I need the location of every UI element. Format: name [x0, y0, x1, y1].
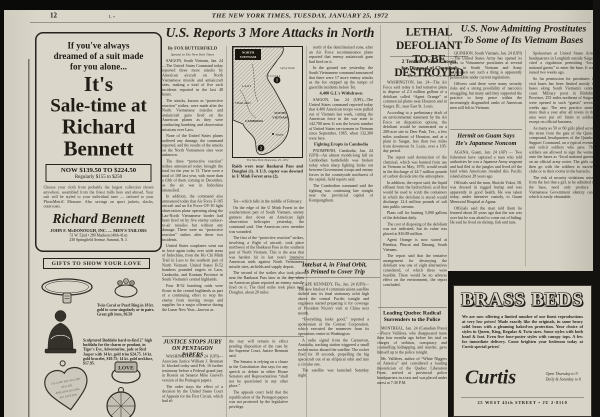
curtis-hours-line: Daily & Saturday to 6: [546, 377, 581, 383]
subhead: Fighting Erupts in Cambodia: [309, 142, 373, 147]
column-rule: [226, 46, 227, 417]
article-paragraph: north of the demilitarized zone, after a…: [309, 45, 373, 64]
us-reports-headline: U.S. Reports 3 More Attacks in North: [161, 25, 379, 41]
love-ring-text: LOVE: [118, 366, 134, 372]
article-paragraph: the stay will remain in effect pending d…: [229, 339, 288, 358]
price-box: NOW $139.50 TO $224.50 Regularly $155 to…: [46, 164, 152, 182]
coral-ring-image: [105, 276, 150, 299]
article-paragraph: The Senator is relying on a clause in th…: [229, 360, 288, 389]
quebec-headline: Leading Quebec Radical Surrenders to the…: [377, 310, 447, 323]
article-paragraph: In addition, the command also announced …: [162, 194, 223, 242]
article-paragraph: The three “protective reaction” strikes …: [162, 159, 223, 193]
article-paragraph: “Everything looks good,” reported a spok…: [298, 317, 369, 336]
article-paragraph: Officials said the man, Shoichi Yokoi, 5…: [450, 180, 522, 204]
column-rule: [525, 50, 526, 266]
suit-ad-headline-line: It's: [37, 74, 161, 95]
article-paragraph: As many as 50 or 60 girls plied across t…: [529, 126, 595, 174]
justice-column-2: the stay will remain in effect pending d…: [229, 339, 288, 417]
article-paragraph: The attacks, known as “protective reacti…: [162, 98, 223, 132]
love-ring-image: LOVE: [103, 359, 150, 386]
article-paragraph: Agent Orange is now stored at Bienhoa, P…: [383, 238, 447, 252]
bangle-bracelet-image: [38, 275, 101, 306]
article-paragraph: A radio signal from the Carnarvon, Austr…: [298, 338, 369, 367]
brass-beds-body: We are now offering a limited number of …: [462, 315, 583, 350]
article-paragraph: MONTREAL, Jan. 24 (Canadian Press)—Pierr…: [377, 326, 447, 355]
map-marker-1: 1: [276, 78, 278, 83]
prostitutes-headline: U.S. Now Admitting Prostitutes To Some o…: [451, 23, 596, 46]
brass-beds-panel: BRASS BEDS We are now offering a limited…: [453, 285, 592, 417]
defoliant-column: WASHINGTON, Jan. 24—The Air Force said t…: [383, 80, 447, 306]
suit-ad: If you've always dreamed of a suit made …: [35, 32, 162, 252]
article-paragraph: United States warplanes went out in forc…: [162, 244, 223, 282]
map-saigon-label: Saigon: [276, 134, 284, 137]
brass-beds-ad: BRASS BEDS We are now offering a limited…: [448, 271, 597, 417]
article-paragraph: In the ground war yesterday, the South V…: [309, 66, 373, 90]
brooch-image: [95, 386, 147, 417]
prostitutes-column-a: QUINHON, South Vietnam, Jan. 24 (UPI)—Th…: [450, 51, 522, 128]
gifts-ad: GIFTS TO SHOW YOUR LOVE Twin Coral or Pe…: [35, 255, 159, 417]
vietnam-map: NORTH VIETNAM Gulf of Tonkin LAOS THAILA…: [232, 46, 303, 158]
suit-ad-headline-line: Richard: [37, 116, 161, 138]
article-paragraph: In addition, the report said, the liquid…: [383, 180, 447, 209]
quebec-column: MONTREAL, Jan. 24 (Canadian Press)—Pierr…: [377, 326, 447, 416]
article-paragraph: The appeals court held that the republic…: [229, 390, 288, 409]
subhead: 4,400 G.I.'s Withdrawn: [309, 91, 373, 96]
suit-ad-logo: Richard Bennett: [37, 211, 161, 227]
article-paragraph: Tet—which falls in the middle of Februar…: [229, 199, 304, 204]
map-north-vietnam-label: VIETNAM: [240, 55, 257, 59]
article-paragraph: Four B-52 bombing raids were flown in th…: [162, 283, 223, 312]
map-north-vietnam-label: NORTH: [242, 51, 255, 55]
article-paragraph: According to a preliminary draft of an e…: [383, 110, 447, 153]
suit-ad-address: 230 Springfield Avenue, Summit, N. J.: [37, 237, 161, 242]
heart-pendant-image: I'LL LOVE YOU AS LONG AS I LIVE AND LOVE…: [36, 358, 101, 417]
prostitutes-headline-line: U.S. Now Admitting Prostitutes: [451, 23, 596, 35]
suit-ad-headline-line: Bennett: [37, 138, 161, 160]
edition-mark: L +: [109, 14, 115, 19]
article-paragraph: Plans call for burning 5,000 gallons of …: [383, 211, 447, 221]
article-paragraph: So far permission for prostitutes to vis…: [529, 76, 595, 124]
article-paragraph: None of the United States planes suffere…: [162, 134, 223, 158]
us-reports-column-3: north of the demilitarized zone, after a…: [309, 45, 373, 257]
masthead-title: THE NEW YORK TIMES, TUESDAY, JANUARY 25,…: [150, 12, 450, 20]
us-reports-column-1: By FOX BUTTERFIELD Special to The New Yo…: [162, 46, 223, 336]
suit-ad-headline-line: Sale-time at: [37, 95, 161, 116]
map-thailand-label: THAILAND: [235, 101, 251, 105]
map-laos-label: LAOS: [242, 84, 252, 88]
prostitutes-headline-line: To Some of Its Vietnam Bases: [451, 35, 596, 47]
article-paragraph: WASHINGTON, Jan. 24 (UPI)—Associate Just…: [162, 354, 223, 383]
section-rule: [162, 336, 304, 337]
gifts-ad-header: GIFTS TO SHOW YOUR LOVE: [43, 258, 150, 269]
curtis-address: 25 WEST 45th STREET • JU 2-8110: [461, 397, 584, 405]
curtis-logo: Curtis: [465, 365, 516, 389]
article-paragraph: WASHINGTON, Jan. 24—The Air Force said t…: [383, 80, 447, 109]
article-paragraph: The risk of security violations arises f…: [529, 175, 595, 199]
article-paragraph: Officers said there were many security r…: [450, 81, 522, 110]
top-scan-band: [0, 0, 600, 10]
article-paragraph: Spokesmen at United States Army headquar…: [529, 51, 595, 75]
intelsat-headline-line: Is Primed to Cover Trip: [289, 268, 380, 275]
article-paragraph: SAIGON, South Vietnam, Jan. 24—The Unite…: [162, 59, 223, 97]
hermit-headline-line: Hermit on Guam Says: [450, 132, 522, 140]
article-paragraph: The Cambodian command said the fighting …: [309, 184, 373, 203]
suit-ad-intro: If you've always dreamed of a suit made …: [50, 41, 148, 73]
buddha-figurine-image: [41, 308, 80, 356]
article-paragraph: On the edge of the U Minh Forest in the …: [229, 205, 304, 234]
hermit-headline-line: He's Japanese Noncom: [450, 140, 522, 148]
justice-column-1: WASHINGTON, Jan. 24 (UPI)—Associate Just…: [162, 354, 223, 417]
article-paragraph: QUINHON, South Vietnam, Jan. 24 (UPI)—Th…: [450, 51, 522, 80]
newspaper-page: 12 L + THE NEW YORK TIMES, TUESDAY, JANU…: [0, 0, 600, 417]
section-rule: [450, 129, 522, 130]
article-paragraph: The order stays the effect of a decision…: [162, 384, 223, 403]
intelsat-headline-line: Intelsat 4, in Final Orbit,: [289, 261, 380, 268]
article-paragraph: The cost of disposing of the defoliant w…: [383, 222, 447, 236]
intelsat-column: CAPE KENNEDY, Fla., Jan. 24 (UPI)—The ne…: [298, 282, 369, 416]
special-credit: Special to The New York Times: [162, 52, 223, 57]
price-now: NOW $139.50 TO $224.50: [47, 166, 151, 174]
page-number: 12: [50, 12, 57, 20]
map-south-vietnam-label: SOUTH: [274, 111, 286, 115]
article-paragraph: SAIGON, Jan. 24 (UPI)—The United States …: [309, 97, 373, 140]
article-paragraph: PNOMPENH, Cambodia, Jan. 24 (UPI)—An alm…: [309, 148, 373, 182]
article-paragraph: The report said destruction of the chemi…: [383, 155, 447, 179]
article-paragraph: Mr. Vallières, author of “White Niggers …: [377, 356, 447, 385]
map-credit: The New York Times/Jan. 25, 1972: [232, 159, 303, 162]
gifts-item-text: Twin Coral or Pearl Ring in 18 kt. gold …: [97, 303, 155, 336]
left-scan-line: [28, 59, 30, 417]
map-caption: Raids were near Bankarai Pass and Dongho…: [232, 164, 303, 179]
section-rule: [378, 307, 447, 308]
map-marker-2: 2: [260, 146, 262, 151]
map-south-vietnam-label: VIETNAM: [272, 115, 287, 119]
brass-beds-headline: BRASS BEDS: [454, 289, 591, 311]
prostitutes-column-b: Spokesmen at United States Army headquar…: [529, 51, 595, 268]
map-cambodia-label: CAMBODIA: [245, 119, 264, 123]
hermit-column: AGANA, Guam, Jan. 24 (AP) — Two fisherme…: [450, 150, 522, 268]
article-paragraph: Officials said the man told them he lear…: [450, 206, 522, 225]
hermit-headline: Hermit on Guam Says He's Japanese Noncom: [450, 132, 522, 147]
article-paragraph: CAPE KENNEDY, Fla., Jan. 24 (UPI)—The ne…: [298, 282, 369, 316]
article-paragraph: AGANA, Guam, Jan. 24 (AP) — Two fisherme…: [450, 150, 522, 179]
curtis-hours: Open Thursday to 9 Daily & Saturday to 6: [546, 371, 581, 382]
suit-ad-body: Choose your cloth from probably the larg…: [44, 185, 154, 209]
article-paragraph: The report said that the tentative arran…: [383, 254, 447, 288]
intelsat-headline: Intelsat 4, in Final Orbit, Is Primed to…: [289, 259, 380, 278]
price-regular: Regularly $155 to $250: [47, 174, 151, 180]
byline: By FOX BUTTERFIELD: [162, 46, 223, 51]
article-paragraph: The satellite was launched Saturday nigh…: [298, 368, 369, 378]
map-gulf-label: Gulf of Tonkin: [280, 67, 296, 70]
quebec-headline-line: Surrenders to the Police: [377, 317, 447, 324]
